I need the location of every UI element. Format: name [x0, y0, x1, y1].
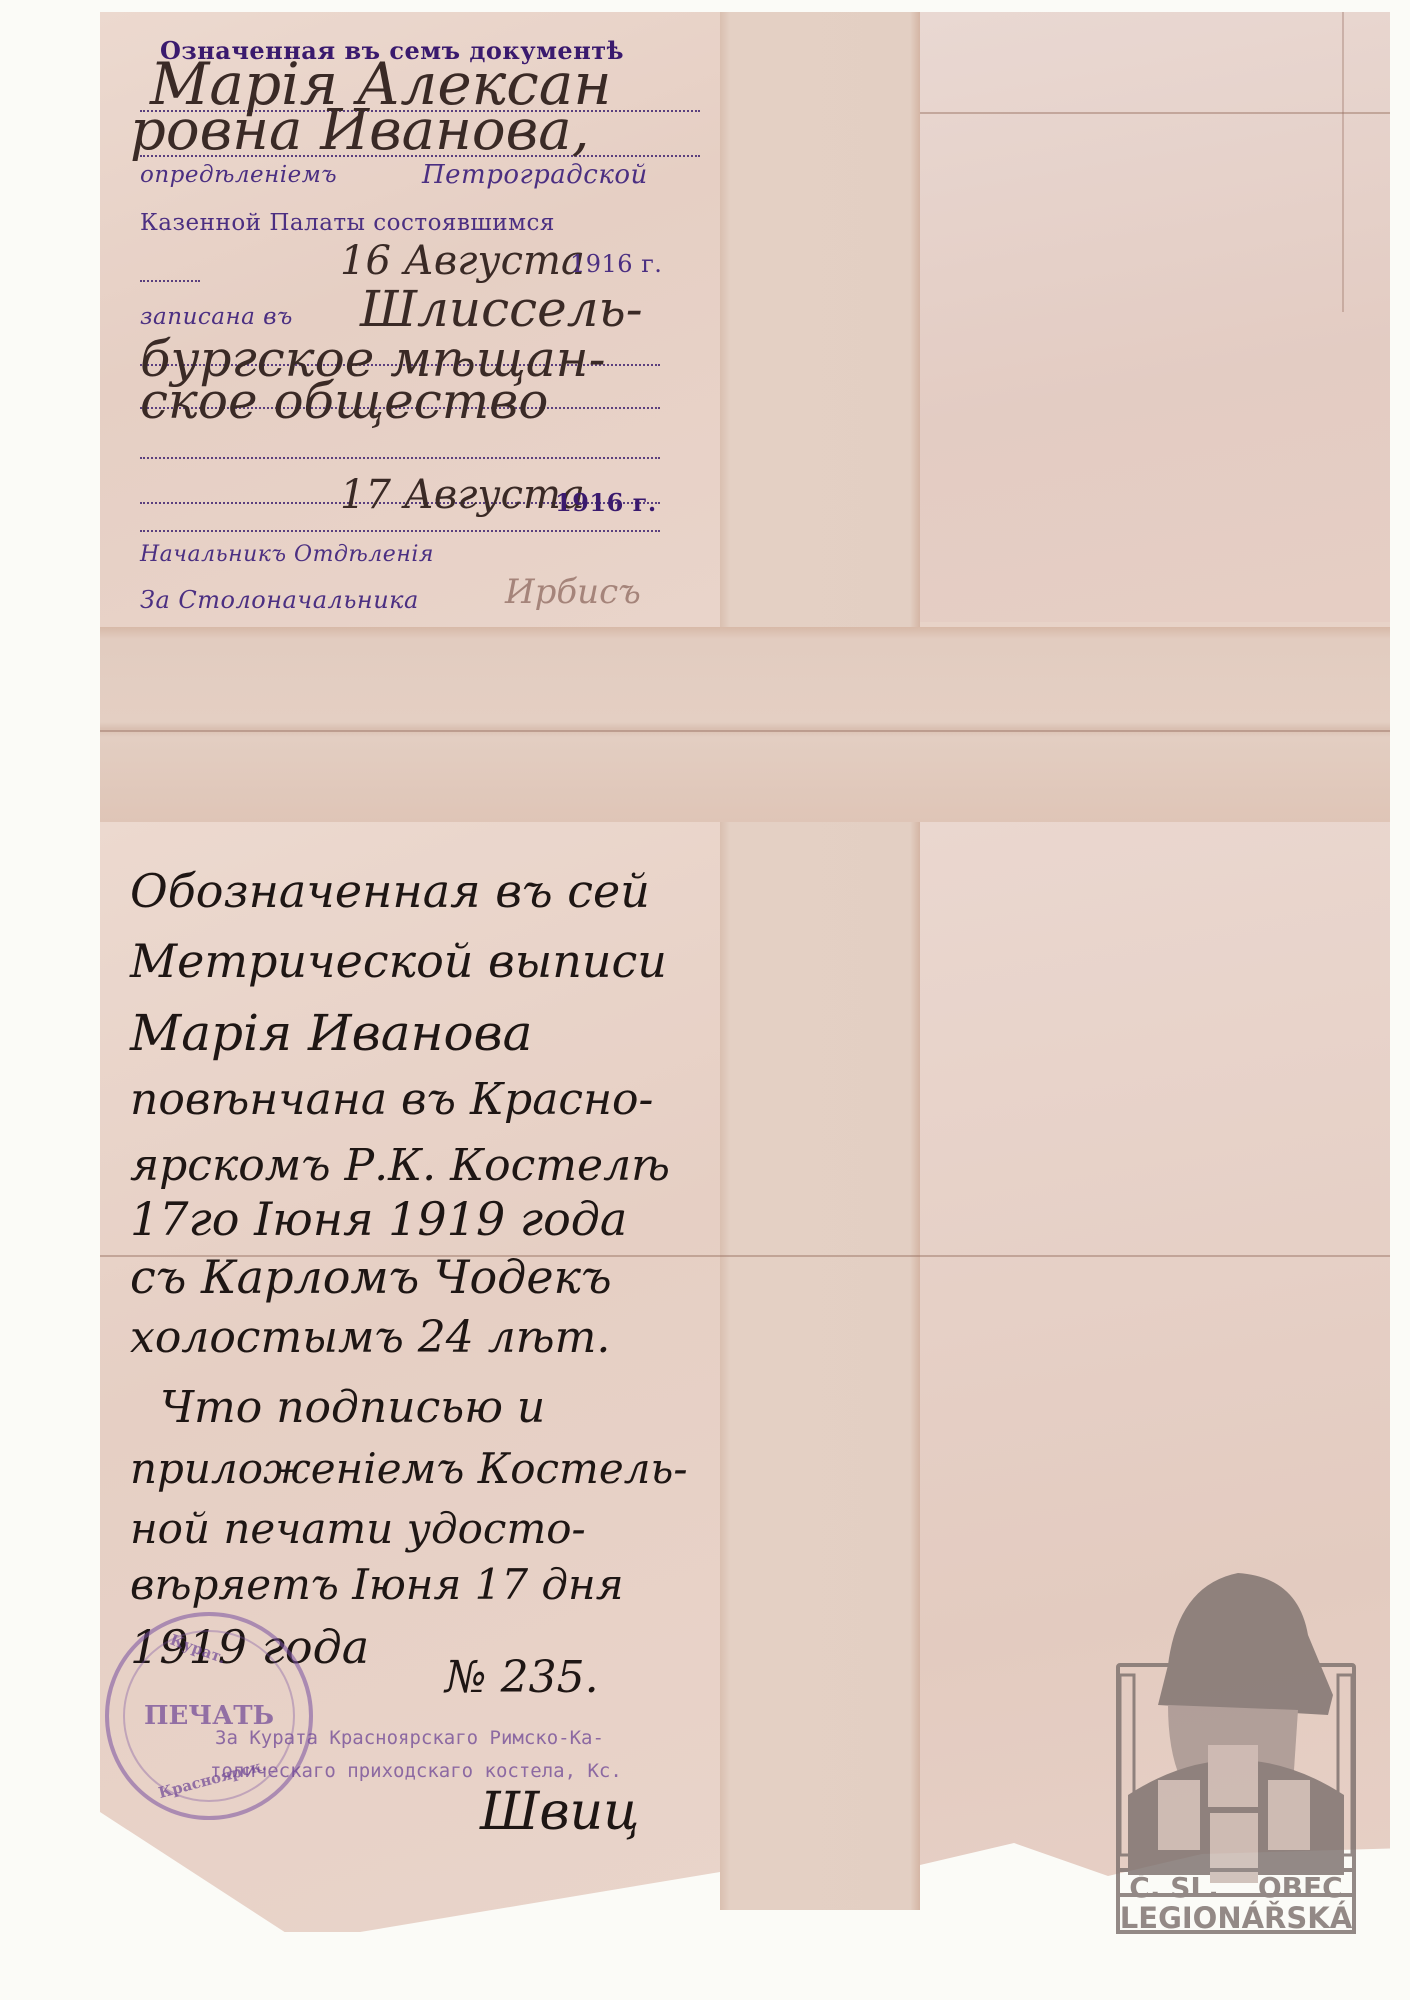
round-parish-seal: Курат. ПЕЧАТЬ Красноярск. [105, 1612, 313, 1820]
printed-year: 1916 г. [570, 250, 662, 278]
tape-strip-vertical [720, 12, 920, 1942]
handwritten-date: 16 Августа [340, 238, 585, 284]
watermark-line-1: Č. SL. OBEC [1098, 1871, 1374, 1904]
dotted-line [140, 457, 660, 459]
handwritten-line-1: Обозначенная въ сей [130, 864, 650, 918]
handwritten-date-2: 17 Августа [340, 472, 585, 518]
record-number: № 235. [445, 1652, 599, 1703]
dotted-line [140, 530, 660, 532]
printed-text: опредѣленіемъ [140, 162, 337, 188]
torn-edge [720, 1910, 920, 1950]
dotted-line [140, 280, 200, 282]
curate-stamp-line-1: За Курата Красноярскаго Римско-Ка- [215, 1727, 604, 1749]
curate-stamp-line-2: толическаго приходскаго костела, Кс. [210, 1760, 622, 1782]
handwritten-line-9: Что подписью и [160, 1382, 545, 1433]
watermark-text-obec: OBEC [1258, 1871, 1343, 1904]
handwritten-line-11: ной печати удосто- [130, 1504, 586, 1553]
handwritten-society-2: ское общество [140, 372, 548, 430]
handwritten-city: Петроградской [422, 160, 648, 190]
legion-watermark-logo: Č. SL. OBEC LEGIONÁŘSKÁ [1098, 1545, 1374, 1935]
printed-text: записана въ [140, 304, 293, 330]
handwritten-line-3: Марія Иванова [130, 1004, 532, 1062]
handwritten-line-6: 17го Іюня 1919 года [130, 1192, 627, 1246]
fold-crease [1342, 12, 1344, 312]
handwritten-line-5: ярскомъ Р.К. Костелѣ [130, 1140, 670, 1191]
watermark-line-2: LEGIONÁŘSKÁ [1098, 1901, 1374, 1935]
handwritten-line-12: вѣряетъ Іюня 17 дня [130, 1560, 624, 1609]
tape-strip-horizontal [100, 627, 1390, 822]
handwritten-line-10: приложеніемъ Костель- [130, 1444, 688, 1493]
handwritten-line-2: Метрической выписи [130, 934, 667, 988]
fold-crease [100, 730, 1390, 732]
handwritten-line-7: съ Карломъ Чодекъ [130, 1250, 612, 1304]
paper-panel-top-right [920, 12, 1390, 622]
fold-crease [920, 112, 1390, 114]
printed-signatory-title: Начальникъ Отдѣленія [140, 542, 434, 567]
handwritten-line-4: повѣнчана въ Красно- [130, 1074, 653, 1125]
handwritten-signature: Ирбисъ [505, 572, 641, 612]
printed-signatory-deputy: За Столоначальника [140, 586, 419, 614]
printed-year-2: 1916 г. [555, 488, 657, 517]
handwritten-name-2: ровна Иванова, [130, 98, 589, 163]
priest-signature: Швиц [480, 1782, 639, 1842]
printed-text: Казенной Палаты состоявшимся [140, 210, 555, 236]
watermark-text-csl: Č. SL. [1129, 1871, 1219, 1904]
handwritten-line-8: холостымъ 24 лѣт. [130, 1312, 610, 1363]
